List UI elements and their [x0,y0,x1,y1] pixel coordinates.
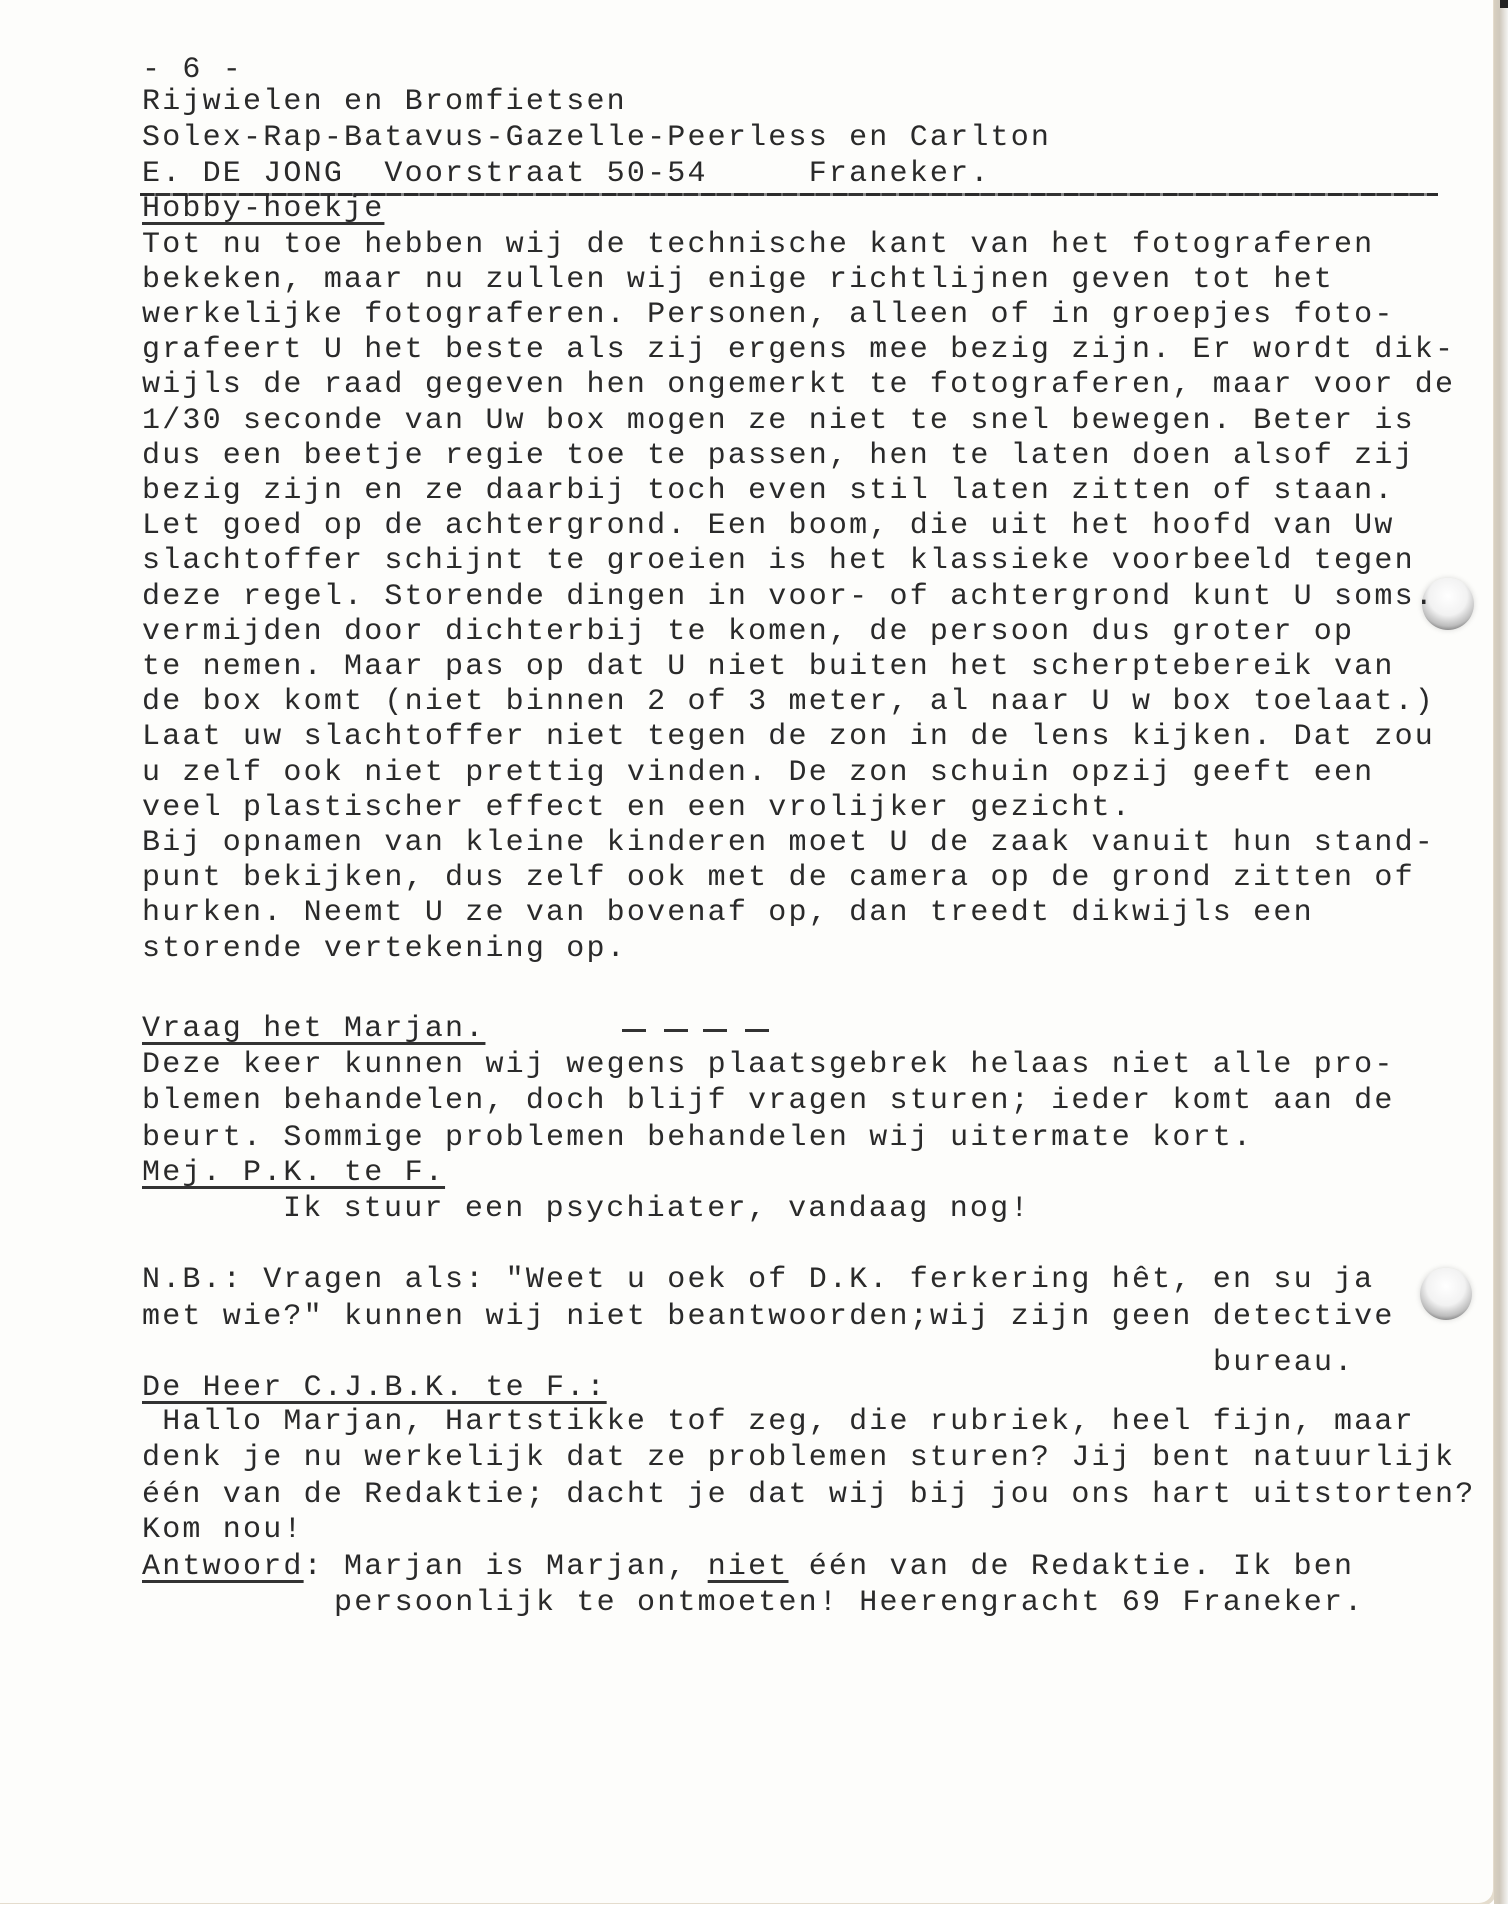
vraag-intro-line: blemen behandelen, doch blijf vragen stu… [142,1083,1395,1119]
question-sender: Mej. P.K. te F. [142,1156,445,1190]
punch-hole-icon [1420,1268,1472,1320]
question-from-1: Mej. P.K. te F. [142,1155,445,1191]
nb-line: bureau. [1213,1345,1354,1381]
ad-line-1: Rijwielen en Bromfietsen [142,84,627,120]
hobby-line: 1/30 seconde van Uw box mogen ze niet te… [142,403,1415,439]
scan-corner [1500,0,1508,8]
hobby-line: veel plastischer effect en een vrolijker… [142,790,1132,826]
letter-line: denk je nu werkelijk dat ze problemen st… [142,1440,1455,1476]
separator-dash [745,1029,769,1032]
hobby-line: Laat uw slachtoffer niet tegen de zon in… [142,719,1435,755]
answer-label: Antwoord [142,1550,304,1584]
hobby-line: vermijden door dichterbij te komen, de p… [142,614,1354,650]
answer-2: Antwoord: Marjan is Marjan, niet één van… [142,1549,1354,1585]
hobby-line: hurken. Neemt U ze van bovenaf op, dan t… [142,895,1314,931]
hobby-line: te nemen. Maar pas op dat U niet buiten … [142,649,1395,685]
letter-line: één van de Redaktie; dacht je dat wij bi… [142,1477,1475,1513]
page-edge [1494,0,1508,1920]
hobby-line: wijls de raad gegeven hen ongemerkt te f… [142,367,1455,403]
answer-2-line-2: persoonlijk te ontmoeten! Heerengracht 6… [334,1585,1364,1621]
hobby-line: Bij opnamen van kleine kinderen moet U d… [142,825,1435,861]
heading-text: Hobby-hoekje [142,192,384,226]
ad-line-3: E. DE JONG Voorstraat 50-54 Franeker. [142,156,991,192]
hobby-line: punt bekijken, dus zelf ook met de camer… [142,860,1415,896]
answer-text: : Marjan is Marjan, [304,1550,708,1584]
separator-dash [622,1029,646,1032]
hobby-line: Tot nu toe hebben wij de technische kant… [142,227,1374,263]
nb-line: N.B.: Vragen als: "Weet u oek of D.K. fe… [142,1262,1374,1298]
vraag-intro-line: Deze keer kunnen wij wegens plaatsgebrek… [142,1047,1395,1083]
hobby-line: de box komt (niet binnen 2 of 3 meter, a… [142,684,1435,720]
hobby-line: Let goed op de achtergrond. Een boom, di… [142,508,1395,544]
page-number: - 6 - [142,52,243,88]
answer-text: één van de Redaktie. Ik ben [789,1550,1355,1584]
question-sender: De Heer C.J.B.K. te F.: [142,1371,607,1405]
question-from-2: De Heer C.J.B.K. te F.: [142,1370,607,1406]
heading-text: Vraag het Marjan. [142,1012,485,1046]
hobby-line: grafeert U het beste als zij ergens mee … [142,332,1455,368]
page-bottom-edge [0,1904,1508,1920]
hobby-line: storende vertekening op. [142,931,627,967]
nb-line: met wie?" kunnen wij niet beantwoorden;w… [142,1299,1395,1335]
separator-dash [703,1029,727,1032]
hobby-line: slachtoffer schijnt te groeien is het kl… [142,543,1415,579]
letter-line: Hallo Marjan, Hartstikke tof zeg, die ru… [142,1404,1415,1440]
letter-line: Kom nou! [142,1512,304,1548]
ad-line-2: Solex-Rap-Batavus-Gazelle-Peerless en Ca… [142,120,1051,156]
hobby-line: deze regel. Storende dingen in voor- of … [142,579,1435,615]
hobby-line: werkelijke fotograferen. Personen, allee… [142,297,1395,333]
hobby-line: bekeken, maar nu zullen wij enige richtl… [142,262,1334,298]
answer-emphasis: niet [708,1550,789,1584]
section-heading-hobby: Hobby-hoekje [142,191,384,227]
hobby-line: bezig zijn en ze daarbij toch even stil … [142,473,1395,509]
vraag-intro-line: beurt. Sommige problemen behandelen wij … [142,1120,1253,1156]
hobby-line: dus een beetje regie toe te passen, hen … [142,438,1415,474]
answer-1: Ik stuur een psychiater, vandaag nog! [283,1191,1031,1227]
separator-dash [664,1029,688,1032]
hobby-line: u zelf ook niet prettig vinden. De zon s… [142,755,1374,791]
section-heading-vraag: Vraag het Marjan. [142,1011,485,1047]
